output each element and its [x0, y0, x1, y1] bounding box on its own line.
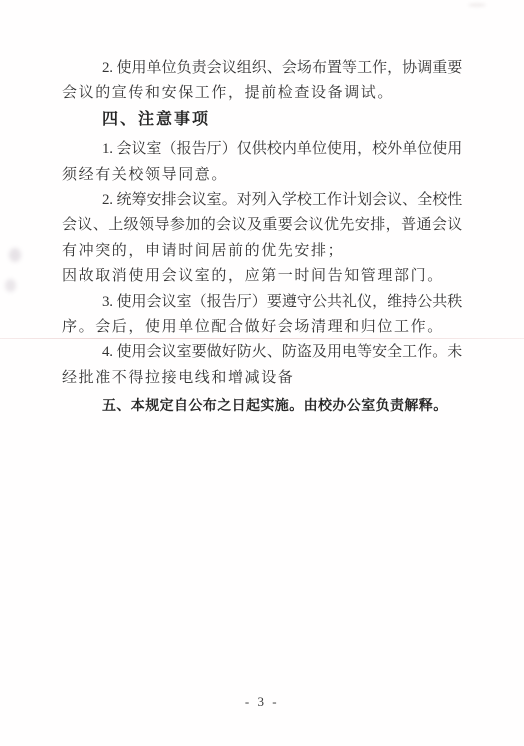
scan-line-artifact [0, 338, 524, 339]
text-line: 2. 统筹安排会议室。对列入学校工作计划会议、全校性 [62, 188, 462, 213]
text-line: 4. 使用会议室要做好防火、防盗及用电等安全工作。未 [62, 340, 462, 365]
section-heading: 四、注意事项 [62, 107, 462, 132]
scan-speck [468, 3, 486, 7]
document-body: 2. 使用单位负责会议组织、会场布置等工作，协调重要 会议的宣传和安保工作，提前… [62, 56, 462, 418]
page-number: - 3 - [0, 694, 524, 710]
text-line: 会议的宣传和安保工作，提前检查设备调试。 [62, 81, 462, 106]
text-line: 有冲突的，申请时间居前的优先安排； [62, 239, 462, 264]
text-line: 须经有关校领导同意。 [62, 163, 462, 188]
text-line: 3. 使用会议室（报告厅）要遵守公共礼仪，维持公共秩 [62, 290, 462, 315]
text-line: 2. 使用单位负责会议组织、会场布置等工作，协调重要 [62, 56, 462, 81]
scan-smudge [9, 248, 21, 262]
scan-smudge [5, 279, 16, 292]
text-line: 序。会后，使用单位配合做好会场清理和归位工作。 [62, 315, 462, 340]
document-page: 2. 使用单位负责会议组织、会场布置等工作，协调重要 会议的宣传和安保工作，提前… [0, 0, 524, 746]
text-line: 1. 会议室（报告厅）仅供校内单位使用，校外单位使用 [62, 137, 462, 162]
closing-line: 五、本规定自公布之日起实施。由校办公室负责解释。 [62, 393, 462, 418]
text-line: 经批准不得拉接电线和增减设备 [62, 366, 462, 391]
text-line: 会议、上级领导参加的会议及重要会议优先安排，普通会议 [62, 213, 462, 238]
text-line: 因故取消使用会议室的，应第一时间告知管理部门。 [62, 264, 462, 289]
